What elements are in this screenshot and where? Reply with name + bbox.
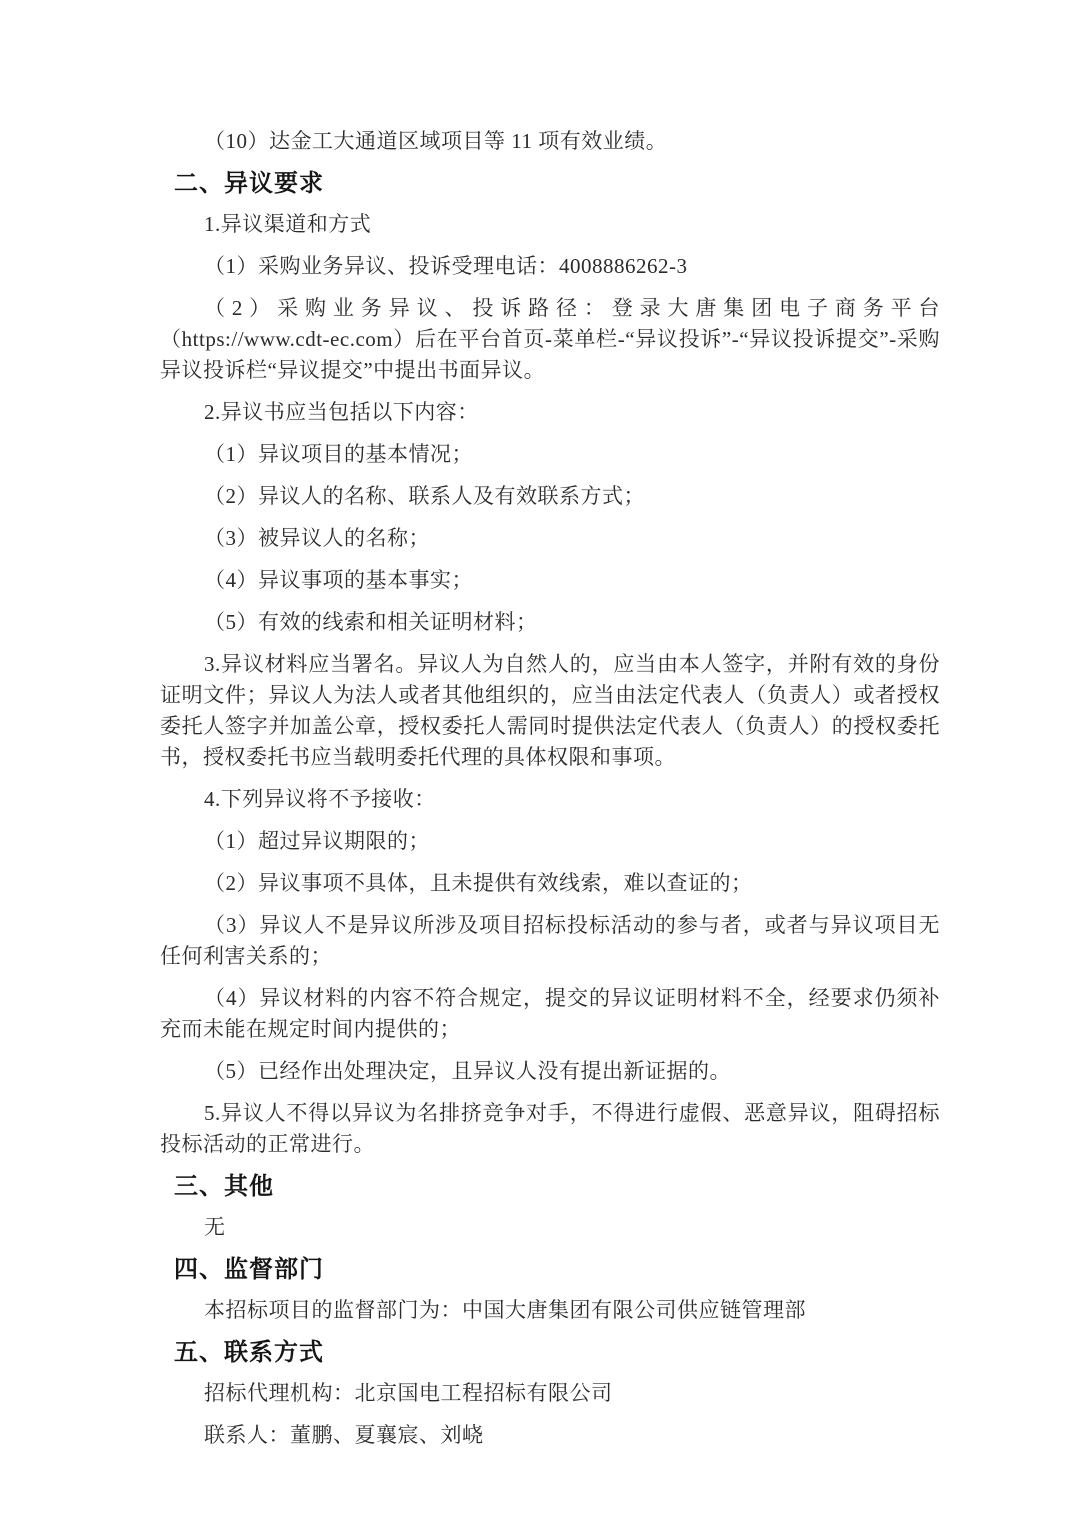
paragraph: （2）异议人的名称、联系人及有效联系方式； [160,481,940,512]
section-heading: 五、联系方式 [174,1337,940,1369]
paragraph: 联系人：董鹏、夏襄宸、刘峣 [160,1420,940,1451]
paragraph: （2）采购业务异议、投诉路径：登录大唐集团电子商务平台（https://www.… [160,293,940,386]
section-heading: 二、异议要求 [174,168,940,200]
paragraph: （1）异议项目的基本情况； [160,439,940,470]
paragraph: （5）已经作出处理决定，且异议人没有提出新证据的。 [160,1056,940,1087]
paragraph: （3）异议人不是异议所涉及项目招标投标活动的参与者，或者与异议项目无任何利害关系… [160,910,940,972]
document-page: （10）达金工大通道区域项目等 11 项有效业绩。二、异议要求1.异议渠道和方式… [0,0,1080,1527]
paragraph: （2）异议事项不具体，且未提供有效线索，难以查证的； [160,868,940,899]
paragraph: 4.下列异议将不予接收： [160,784,940,815]
paragraph: 本招标项目的监督部门为：中国大唐集团有限公司供应链管理部 [160,1295,940,1326]
paragraph: 无 [160,1212,940,1243]
section-heading: 四、监督部门 [174,1254,940,1286]
paragraph: 招标代理机构：北京国电工程招标有限公司 [160,1378,940,1409]
paragraph: （4）异议事项的基本事实； [160,565,940,596]
paragraph: （4）异议材料的内容不符合规定，提交的异议证明材料不全，经要求仍须补充而未能在规… [160,983,940,1045]
paragraph: （1）采购业务异议、投诉受理电话：4008886262-3 [160,251,940,282]
paragraph: 5.异议人不得以异议为名排挤竞争对手，不得进行虚假、恶意异议，阻碍招标投标活动的… [160,1098,940,1160]
paragraph: （10）达金工大通道区域项目等 11 项有效业绩。 [160,126,940,157]
paragraph: （3）被异议人的名称； [160,523,940,554]
paragraph: 3.异议材料应当署名。异议人为自然人的，应当由本人签字，并附有效的身份证明文件；… [160,649,940,773]
paragraph: （1）超过异议期限的； [160,826,940,857]
paragraph: 1.异议渠道和方式 [160,209,940,240]
paragraph: （5）有效的线索和相关证明材料； [160,607,940,638]
document-content: （10）达金工大通道区域项目等 11 项有效业绩。二、异议要求1.异议渠道和方式… [160,126,940,1451]
paragraph: 2.异议书应当包括以下内容： [160,397,940,428]
section-heading: 三、其他 [174,1171,940,1203]
